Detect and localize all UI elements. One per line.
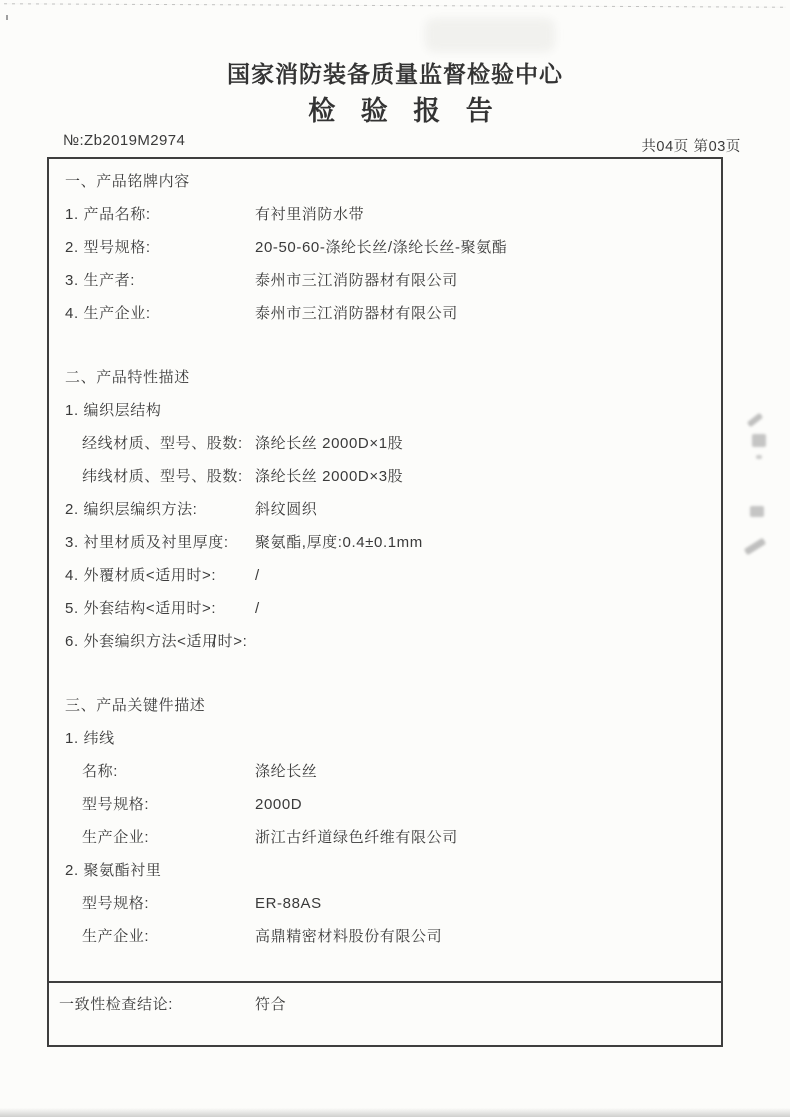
field-label: 生产企业: <box>82 920 149 953</box>
conclusion-value: 符合 <box>255 988 286 1021</box>
field-row-model-spec: 2. 型号规格: 20-50-60-涤纶长丝/涤纶长丝-聚氨酯 <box>49 231 721 264</box>
field-label: 4. 生产企业: <box>65 297 151 330</box>
field-row-weave-method: 2. 编织层编织方法: 斜纹圆织 <box>49 493 721 526</box>
field-value: 2000D <box>255 788 302 821</box>
report-body-box: 一、产品铭牌内容 1. 产品名称: 有衬里消防水带 2. 型号规格: 20-50… <box>47 157 723 1047</box>
field-row-lining-material: 3. 衬里材质及衬里厚度: 聚氨酯,厚度:0.4±0.1mm <box>49 526 721 559</box>
field-row-lining-model: 型号规格: ER-88AS <box>49 887 721 920</box>
field-label: 1. 编织层结构 <box>65 394 161 427</box>
field-row-jacket-weave-method: 6. 外套编织方法<适用时>: / <box>49 625 721 658</box>
field-label: 型号规格: <box>82 887 149 920</box>
section-heading-nameplate: 一、产品铭牌内容 <box>49 165 721 198</box>
scan-smudge-artifact <box>752 434 766 447</box>
section-heading-characteristics: 二、产品特性描述 <box>49 361 721 394</box>
field-value: 泰州市三江消防器材有限公司 <box>255 264 458 297</box>
field-label: 3. 衬里材质及衬里厚度: <box>65 526 229 559</box>
field-row-manufacturer: 4. 生产企业: 泰州市三江消防器材有限公司 <box>49 297 721 330</box>
field-label: 2. 型号规格: <box>65 231 151 264</box>
section-heading-key-components: 三、产品关键件描述 <box>49 689 721 722</box>
field-row-lining-manufacturer: 生产企业: 高鼎精密材料股份有限公司 <box>49 920 721 953</box>
field-label: 经线材质、型号、股数: <box>82 427 243 460</box>
report-title: 检 验 报 告 <box>10 89 790 128</box>
report-number: №:Zb2019M2974 <box>63 132 185 149</box>
scan-smudge-artifact <box>750 506 764 517</box>
field-label: 2. 聚氨酯衬里 <box>65 854 161 887</box>
field-row-product-name: 1. 产品名称: 有衬里消防水带 <box>49 198 721 231</box>
field-label: 6. 外套编织方法<适用时>: <box>65 625 247 658</box>
center-name-title: 国家消防装备质量监督检验中心 <box>0 56 790 89</box>
field-value: 高鼎精密材料股份有限公司 <box>255 920 442 953</box>
field-row-weave-structure: 1. 编织层结构 <box>49 394 721 427</box>
field-value: 斜纹圆织 <box>255 493 317 526</box>
field-value: 涤纶长丝 2000D×1股 <box>255 427 403 460</box>
conclusion-label: 一致性检查结论: <box>59 988 173 1021</box>
field-row-weft-material: 纬线材质、型号、股数: 涤纶长丝 2000D×3股 <box>49 460 721 493</box>
field-value: / <box>255 592 260 625</box>
field-row-weft: 1. 纬线 <box>49 722 721 755</box>
ink-bleed-artifact <box>425 18 555 52</box>
field-label: 3. 生产者: <box>65 264 135 297</box>
field-value: 聚氨酯,厚度:0.4±0.1mm <box>255 526 423 559</box>
field-row-producer: 3. 生产者: 泰州市三江消防器材有限公司 <box>49 264 721 297</box>
field-value: 浙江古纤道绿色纤维有限公司 <box>255 821 458 854</box>
field-value: / <box>255 559 260 592</box>
scan-dot-artifact <box>6 15 8 20</box>
field-label: 1. 产品名称: <box>65 198 151 231</box>
field-row-pu-lining: 2. 聚氨酯衬里 <box>49 854 721 887</box>
field-label: 型号规格: <box>82 788 149 821</box>
field-row-weft-manufacturer: 生产企业: 浙江古纤道绿色纤维有限公司 <box>49 821 721 854</box>
field-row-outer-cover: 4. 外覆材质<适用时>: / <box>49 559 721 592</box>
scan-smudge-artifact <box>744 538 766 556</box>
field-value: 涤纶长丝 <box>255 755 317 788</box>
field-value: 涤纶长丝 2000D×3股 <box>255 460 403 493</box>
conclusion-row: 一致性检查结论: 符合 <box>49 988 721 1021</box>
field-label: 名称: <box>82 755 118 788</box>
scan-smudge-artifact <box>756 455 762 459</box>
scan-smudge-artifact <box>747 413 763 428</box>
field-value: 有衬里消防水带 <box>255 198 364 231</box>
field-row-jacket-structure: 5. 外套结构<适用时>: / <box>49 592 721 625</box>
page-bottom-shadow <box>0 1108 790 1117</box>
field-row-weft-model: 型号规格: 2000D <box>49 788 721 821</box>
page-count-indicator: 共04页 第03页 <box>641 135 741 156</box>
field-value: / <box>212 625 217 658</box>
field-label: 5. 外套结构<适用时>: <box>65 592 216 625</box>
field-value: ER-88AS <box>255 887 322 920</box>
field-label: 纬线材质、型号、股数: <box>82 460 243 493</box>
field-value: 20-50-60-涤纶长丝/涤纶长丝-聚氨酯 <box>255 231 507 264</box>
field-value: 泰州市三江消防器材有限公司 <box>255 297 458 330</box>
field-label: 1. 纬线 <box>65 722 115 755</box>
field-row-weft-name: 名称: 涤纶长丝 <box>49 755 721 788</box>
conclusion-divider <box>49 981 721 983</box>
field-label: 2. 编织层编织方法: <box>65 493 197 526</box>
scanner-edge-artifact <box>4 3 786 7</box>
field-row-warp-material: 经线材质、型号、股数: 涤纶长丝 2000D×1股 <box>49 427 721 460</box>
scanned-report-page: 国家消防装备质量监督检验中心 检 验 报 告 №:Zb2019M2974 共04… <box>0 0 790 1117</box>
field-label: 生产企业: <box>82 821 149 854</box>
field-label: 4. 外覆材质<适用时>: <box>65 559 216 592</box>
